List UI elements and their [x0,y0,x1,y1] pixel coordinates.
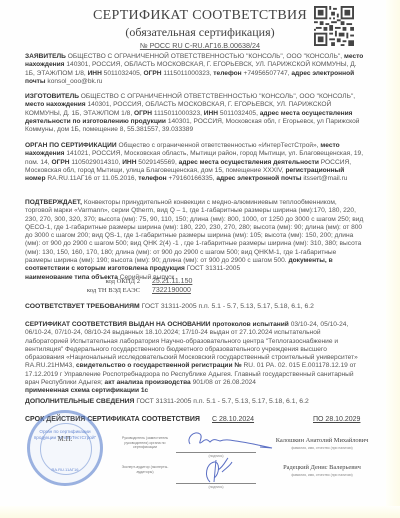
manufacturer-section: ИЗГОТОВИТЕЛЬ ОБЩЕСТВО С ОГРАНИЧЕННОЙ ОТВ… [25,93,365,134]
head-name-caption: фамилия, имя, отчество (при наличии) [282,446,362,450]
cert-body-name: Общество с ограниченной ответственностью… [118,142,318,149]
applicant-phone-label: телефон [213,70,241,77]
code-row-tnved: код ТН ВЭД ЕАЭС 7322190000 [0,287,400,297]
okpd-label: код ОКПД 2 [106,278,140,285]
additional-text: ГОСТ 31311-2005 п.п. 5.1 - 5.7, 5.13, 5.… [136,398,308,405]
cert-body-phone: +79160166335, [168,175,214,182]
requirements-section: СООТВЕТСТВУЕТ ТРЕБОВАНИЯМ ГОСТ 31311-200… [25,303,365,311]
cert-body-ogrn: 1105029014310, [71,159,120,166]
cert-body-ogrn-label: ОГРН [51,159,69,166]
manufacturer-name: ОБЩЕСТВО С ОГРАНИЧЕННОЙ ОТВЕТСТВЕННОСТЬЮ… [81,93,355,100]
expert-role-label: Эксперт-аудитор (эксперты-аудиторы) [118,465,172,474]
manufacturer-inn: 5011032405, [220,110,258,117]
okpd-value: 25.21.11.150 [152,278,192,285]
requirements-text: ГОСТ 31311-2005 п.п. 5.1 - 5.7, 5.13, 5.… [142,303,314,310]
cert-body-reg: RA.RU.11AГ16 от 11.05.2016, [47,175,136,182]
scheme-label: примененная схема сертификации 1с [25,387,148,394]
tnved-value: 7322190000 [152,287,191,294]
head-signature-icon [180,428,275,452]
stamp-mp: М.П. [30,435,100,443]
applicant-label: ЗАЯВИТЕЛЬ [25,53,66,60]
act-label: акт анализа производства [105,379,191,386]
cert-body-inn-label: ИНН [122,159,136,166]
protocols-label: протоколов испытаний [212,321,288,328]
basis-section: СЕРТИФИКАТ СООТВЕТСТВИЯ ВЫДАН НА ОСНОВАН… [25,321,365,396]
tnved-label: код ТН ВЭД ЕАЭС [87,287,140,294]
cert-body-email: itssert@mail.ru [303,175,347,182]
expert-signature-line [176,483,256,484]
requirements-label: СООТВЕТСТВУЕТ ТРЕБОВАНИЯМ [25,303,140,310]
stamp-reg: RA.RU.11AГ16 [30,467,100,472]
certification-body-section: ОРГАН ПО СЕРТИФИКАЦИИ Общество с огранич… [25,142,365,183]
act-value: 901/08 от 26.08.2024 [193,379,256,386]
manufacturer-label: ИЗГОТОВИТЕЛЬ [25,93,79,100]
seal-stamp-icon: Орган по сертификации продукции "ИнтерТе… [27,410,103,486]
applicant-phone: +74956507747, [244,70,290,77]
certificate-page: СЕРТИФИКАТ СООТВЕТСТВИЯ (обязательная се… [0,0,400,518]
manufacturer-ogrn: 1115011000323, [154,110,202,117]
expert-name-caption: фамилия, имя, отчество (при наличии) [282,473,362,477]
applicant-email: konsol_ooo@bk.ru [47,78,102,85]
additional-label: ДОПОЛНИТЕЛЬНЫЕ СВЕДЕНИЯ [25,398,134,405]
additional-section: ДОПОЛНИТЕЛЬНЫЕ СВЕДЕНИЯ ГОСТ 31311-2005 … [25,398,365,406]
validity-to: ПО 28.10.2029 [313,416,360,423]
expert-signature-icon [200,456,240,486]
qr-code-icon [314,6,354,46]
head-signature-line [176,452,256,453]
cert-body-activity-label: адрес места осуществления деятельности [179,159,319,166]
cert-body-phone-label: телефон [138,175,166,182]
head-role-label: Руководитель (заместитель руководителя) … [118,436,172,450]
head-name: Калошкин Анатолий Михайлович [262,437,382,444]
cert-body-inn: 5029145569, [138,159,177,166]
manufacturer-location-label: место нахождения [25,101,86,108]
expert-signature-caption: (подпись) [176,485,256,489]
applicant-inn-label: ИНН [88,70,102,77]
applicant-ogrn-label: ОГРН [144,70,162,77]
cert-body-email-label: адрес электронной почты [216,175,301,182]
docs-value: ГОСТ 31311-2005 [187,265,240,272]
expert-name: Радецкий Денис Валерьевич [262,464,382,471]
basis-label: СЕРТИФИКАТ СООТВЕТСТВИЯ ВЫДАН НА ОСНОВАН… [25,321,211,328]
applicant-name: ОБЩЕСТВО С ОГРАНИЧЕННОЙ ОТВЕТСТВЕННОСТЬЮ… [68,53,342,60]
paper-edge [386,0,400,518]
manufacturer-ogrn-label: ОГРН [134,110,152,117]
confirms-section: ПОДТВЕРЖДАЕТ, Конвекторы принудительной … [25,199,365,282]
manufacturer-inn-label: ИНН [204,110,218,117]
validity-from: С 28.10.2024 [212,416,254,423]
reg-cert-label: свидетельство о государственной регистра… [76,362,242,369]
applicant-inn: 5011032405, [104,70,142,77]
confirms-label: ПОДТВЕРЖДАЕТ, [25,199,82,206]
confirms-text: Конвекторы принудительной конвекции с ме… [25,199,363,264]
paper-bottom-edge [0,506,400,518]
applicant-section: ЗАЯВИТЕЛЬ ОБЩЕСТВО С ОГРАНИЧЕННОЙ ОТВЕТС… [25,53,365,86]
cert-body-label: ОРГАН ПО СЕРТИФИКАЦИИ [25,142,117,149]
applicant-ogrn: 1115011000323, [163,70,211,77]
